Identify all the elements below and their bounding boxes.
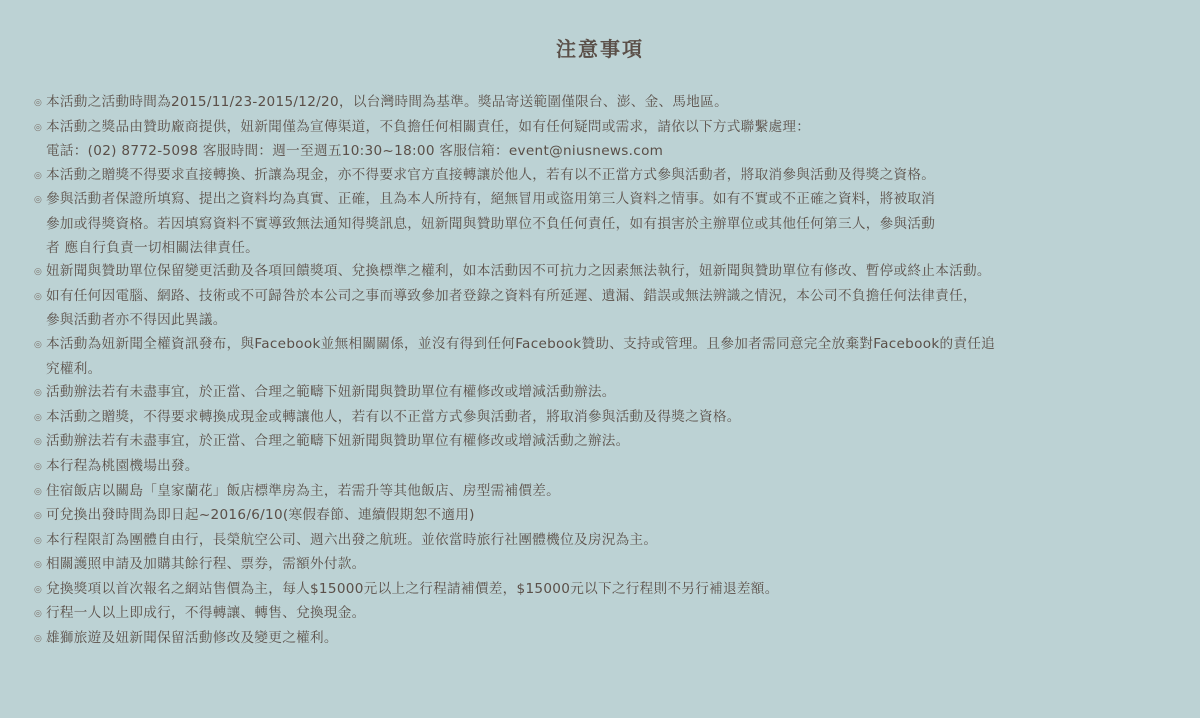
bullet-icon: ◎ bbox=[34, 481, 46, 505]
bullet-icon: ◎ bbox=[34, 530, 46, 554]
bullet-icon: ◎ bbox=[34, 579, 46, 603]
bullet-icon: ◎ bbox=[34, 261, 46, 285]
note-item: ◎本活動之獎品由贊助廠商提供，妞新聞僅為宣傳渠道，不負擔任何相關責任，如有任何疑… bbox=[34, 116, 1174, 164]
note-text-continued: 參與活動者亦不得因此異議。 bbox=[34, 309, 1174, 333]
note-item: ◎本行程為桃園機場出發。 bbox=[34, 455, 1174, 480]
note-text: 可兌換出發時間為即日起~2016/6/10(寒假春節、連續假期恕不適用) bbox=[46, 507, 475, 523]
note-item: ◎相關護照申請及加購其餘行程、票券，需額外付款。 bbox=[34, 553, 1174, 578]
bullet-icon: ◎ bbox=[34, 505, 46, 529]
bullet-icon: ◎ bbox=[34, 165, 46, 189]
note-item: ◎行程一人以上即成行，不得轉讓、轉售、兌換現金。 bbox=[34, 602, 1174, 627]
bullet-icon: ◎ bbox=[34, 456, 46, 480]
note-text: 雄獅旅遊及妞新聞保留活動修改及變更之權利。 bbox=[46, 630, 338, 646]
bullet-icon: ◎ bbox=[34, 382, 46, 406]
bullet-icon: ◎ bbox=[34, 554, 46, 578]
note-item: ◎妞新聞與贊助單位保留變更活動及各項回饋獎項、兌換標準之權利，如本活動因不可抗力… bbox=[34, 260, 1174, 285]
note-text: 本活動之活動時間為2015/11/23-2015/12/20，以台灣時間為基準。… bbox=[46, 94, 728, 110]
note-text: 本行程限訂為團體自由行，長榮航空公司、週六出發之航班。並依當時旅行社團體機位及房… bbox=[46, 532, 657, 548]
note-text: 活動辦法若有未盡事宜，於正當、合理之範疇下妞新聞與贊助單位有權修改或增減活動之辦… bbox=[46, 433, 630, 449]
note-text: 行程一人以上即成行，不得轉讓、轉售、兌換現金。 bbox=[46, 605, 366, 621]
page-title: 注意事項 bbox=[0, 35, 1200, 63]
note-text: 參與活動者保證所填寫、提出之資料均為真實、正確，且為本人所持有，絕無冒用或盜用第… bbox=[46, 191, 935, 207]
note-item: ◎本活動為妞新聞全權資訊發布，與Facebook並無相關關係，並沒有得到任何Fa… bbox=[34, 333, 1174, 381]
note-text: 住宿飯店以關島「皇家蘭花」飯店標準房為主，若需升等其他飯店、房型需補價差。 bbox=[46, 483, 560, 499]
bullet-icon: ◎ bbox=[34, 431, 46, 455]
note-text: 如有任何因電腦、網路、技術或不可歸咎於本公司之事而導致參加者登錄之資料有所延遲、… bbox=[46, 288, 977, 304]
note-item: ◎本行程限訂為團體自由行，長榮航空公司、週六出發之航班。並依當時旅行社團體機位及… bbox=[34, 529, 1174, 554]
notes-list: ◎本活動之活動時間為2015/11/23-2015/12/20，以台灣時間為基準… bbox=[34, 91, 1174, 652]
note-text: 本活動之獎品由贊助廠商提供，妞新聞僅為宣傳渠道，不負擔任何相關責任，如有任何疑問… bbox=[46, 119, 810, 135]
note-text: 兌換獎項以首次報名之網站售價為主，每人$15000元以上之行程請補價差，$150… bbox=[46, 581, 779, 597]
note-text: 妞新聞與贊助單位保留變更活動及各項回饋獎項、兌換標準之權利，如本活動因不可抗力之… bbox=[46, 263, 991, 279]
note-text-continued: 究權利。 bbox=[34, 358, 1174, 382]
bullet-icon: ◎ bbox=[34, 334, 46, 358]
note-item: ◎雄獅旅遊及妞新聞保留活動修改及變更之權利。 bbox=[34, 627, 1174, 652]
bullet-icon: ◎ bbox=[34, 189, 46, 213]
note-item: ◎住宿飯店以關島「皇家蘭花」飯店標準房為主，若需升等其他飯店、房型需補價差。 bbox=[34, 480, 1174, 505]
note-text: 相關護照申請及加購其餘行程、票券，需額外付款。 bbox=[46, 556, 366, 572]
note-text: 本行程為桃園機場出發。 bbox=[46, 458, 199, 474]
note-item: ◎如有任何因電腦、網路、技術或不可歸咎於本公司之事而導致參加者登錄之資料有所延遲… bbox=[34, 285, 1174, 333]
note-text: 本活動之贈獎不得要求直接轉換、折讓為現金，亦不得要求官方直接轉讓於他人，若有以不… bbox=[46, 167, 935, 183]
note-item: ◎參與活動者保證所填寫、提出之資料均為真實、正確，且為本人所持有，絕無冒用或盜用… bbox=[34, 188, 1174, 260]
note-text: 活動辦法若有未盡事宜，於正當、合理之範疇下妞新聞與贊助單位有權修改或增減活動辦法… bbox=[46, 384, 616, 400]
note-item: ◎活動辦法若有未盡事宜，於正當、合理之範疇下妞新聞與贊助單位有權修改或增減活動辦… bbox=[34, 381, 1174, 406]
note-text-continued: 參加或得獎資格。若因填寫資料不實導致無法通知得獎訊息，妞新聞與贊助單位不負任何責… bbox=[34, 213, 1174, 237]
bullet-icon: ◎ bbox=[34, 628, 46, 652]
note-item: ◎本活動之活動時間為2015/11/23-2015/12/20，以台灣時間為基準… bbox=[34, 91, 1174, 116]
note-item: ◎本活動之贈獎不得要求直接轉換、折讓為現金，亦不得要求官方直接轉讓於他人，若有以… bbox=[34, 164, 1174, 189]
note-text: 本活動為妞新聞全權資訊發布，與Facebook並無相關關係，並沒有得到任何Fac… bbox=[46, 336, 995, 352]
bullet-icon: ◎ bbox=[34, 603, 46, 627]
note-text: 本活動之贈獎，不得要求轉換成現金或轉讓他人，若有以不正當方式參與活動者，將取消參… bbox=[46, 409, 741, 425]
note-item: ◎兌換獎項以首次報名之網站售價為主，每人$15000元以上之行程請補價差，$15… bbox=[34, 578, 1174, 603]
bullet-icon: ◎ bbox=[34, 92, 46, 116]
note-item: ◎可兌換出發時間為即日起~2016/6/10(寒假春節、連續假期恕不適用) bbox=[34, 504, 1174, 529]
bullet-icon: ◎ bbox=[34, 407, 46, 431]
note-text-continued: 者 應自行負責一切相關法律責任。 bbox=[34, 237, 1174, 261]
contact-info: 電話：(02) 8772-5098 客服時間：週一至週五10:30~18:00 … bbox=[34, 140, 1174, 164]
note-item: ◎本活動之贈獎，不得要求轉換成現金或轉讓他人，若有以不正當方式參與活動者，將取消… bbox=[34, 406, 1174, 431]
bullet-icon: ◎ bbox=[34, 117, 46, 141]
bullet-icon: ◎ bbox=[34, 286, 46, 310]
notice-page: 注意事項 ◎本活動之活動時間為2015/11/23-2015/12/20，以台灣… bbox=[0, 0, 1200, 718]
note-item: ◎活動辦法若有未盡事宜，於正當、合理之範疇下妞新聞與贊助單位有權修改或增減活動之… bbox=[34, 430, 1174, 455]
